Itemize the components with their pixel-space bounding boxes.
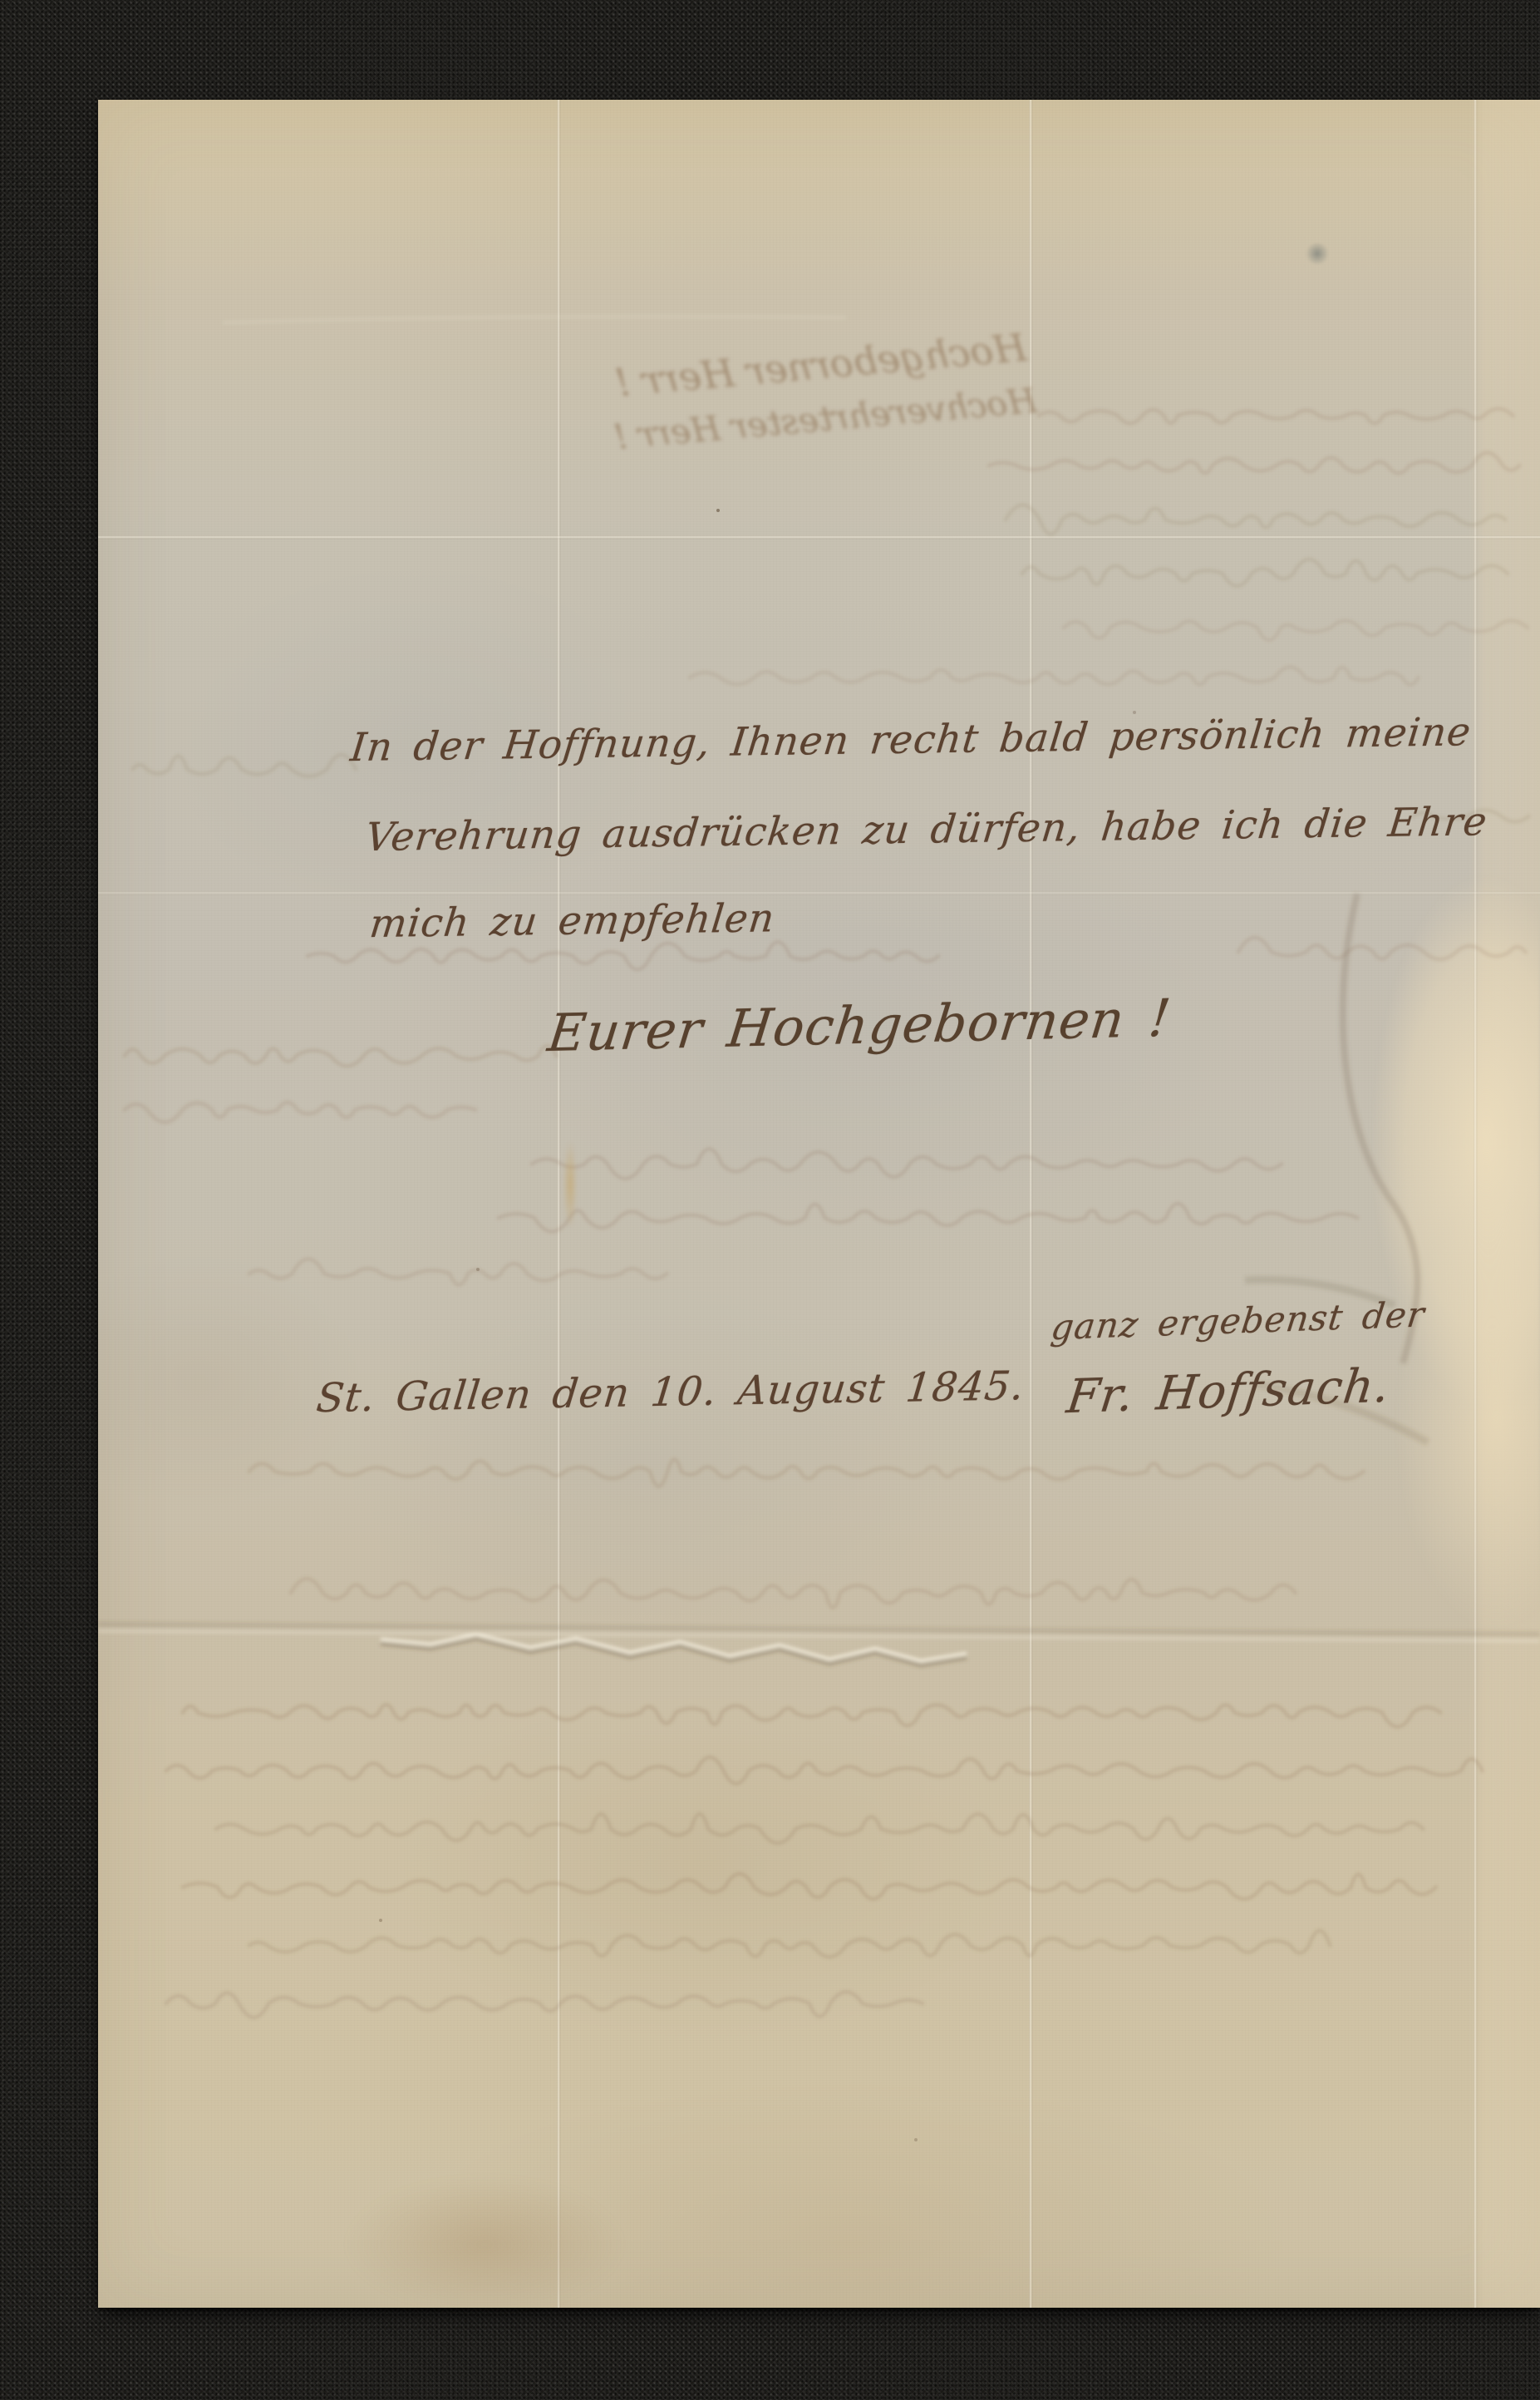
paper-speck [716, 509, 720, 512]
pale-patch [1295, 831, 1540, 1646]
bottom-stain [347, 2178, 622, 2311]
body-line-3: mich zu empfehlen [367, 895, 777, 947]
ink-smudge-spot [1305, 243, 1330, 264]
signature-name-line: Fr. Hoffsach. [1064, 1358, 1393, 1424]
letter-paper: Hochgeborner Herr ! Hochverehrtester Her… [98, 100, 1540, 2308]
photo-canvas: { "document": { "body": { "line1": "In d… [0, 0, 1540, 2400]
paper-speck [476, 1268, 480, 1271]
paper-speck [914, 2138, 918, 2141]
yellow-stain [563, 1143, 577, 1226]
paper-speck [379, 1919, 382, 1922]
